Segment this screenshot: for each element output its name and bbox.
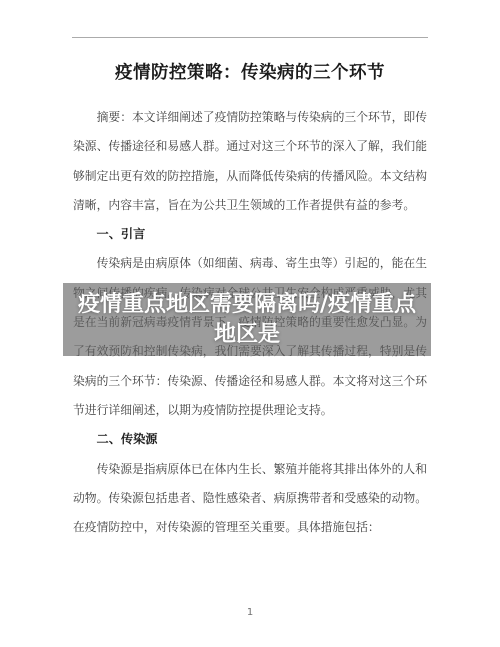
document-title: 疫情防控策略：传染病的三个环节 (0, 61, 500, 85)
intro-line: 传染病是由病原体（如细菌、病毒、寄生虫等）引起的，能在生 (73, 249, 427, 278)
source-line: 动物。传染源包括患者、隐性感染者、病原携带者和受感染的动物。 (73, 484, 427, 513)
document-page: 疫情防控策略：传染病的三个环节 摘要：本文详细阐述了疫情防控策略与传染病的三个环… (0, 0, 500, 647)
overlay-banner: 疫情重点地区需要隔离吗/疫情重点 地区是 (63, 283, 431, 356)
intro-line: 节进行详细阐述，以期为疫情防控提供理论支持。 (73, 396, 427, 425)
abstract-line: 染源、传播途径和易感人群。通过对这三个环节的深入了解，我们能 (73, 132, 427, 161)
abstract-line: 够制定出更有效的防控措施，从而降低传染病的传播风险。本文结构 (73, 162, 427, 191)
header-rule-divider (72, 37, 428, 38)
source-line: 传染源是指病原体已在体内生长、繁殖并能将其排出体外的人和 (73, 455, 427, 484)
abstract-line: 摘要：本文详细阐述了疫情防控策略与传染病的三个环节，即传 (73, 103, 427, 132)
intro-line: 染病的三个环节：传染源、传播途径和易感人群。本文将对这三个环 (73, 367, 427, 396)
source-line: 在疫情防控中，对传染源的管理至关重要。具体措施包括： (73, 513, 427, 542)
section-heading-introduction: 一、引言 (73, 220, 427, 249)
page-number: 1 (0, 606, 500, 620)
overlay-text-line: 地区是 (214, 320, 280, 350)
overlay-text-line: 疫情重点地区需要隔离吗/疫情重点 (78, 290, 416, 320)
abstract-line: 清晰，内容丰富，旨在为公共卫生领域的工作者提供有益的参考。 (73, 191, 427, 220)
section-heading-infection-source: 二、传染源 (73, 425, 427, 454)
